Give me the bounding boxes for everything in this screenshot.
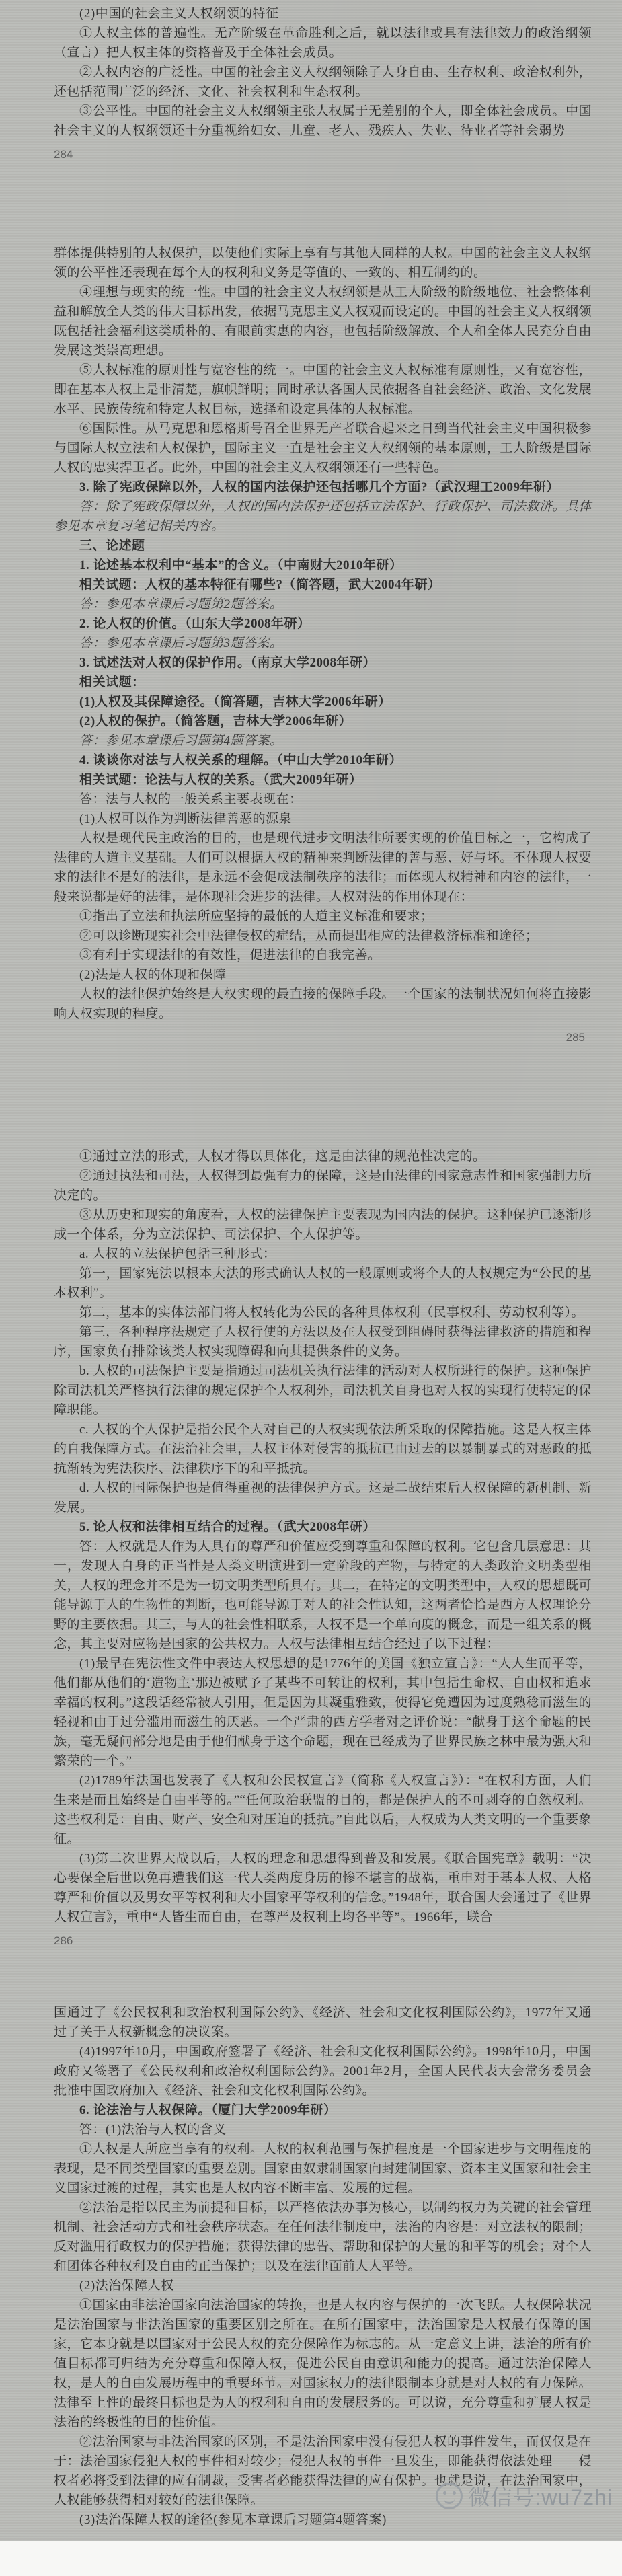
paragraph: ⑥国际性。从马克思和恩格斯号召全世界无产者联合起来之日到当代社会主义中国积极参与… [54, 419, 592, 478]
page-number: 285 [54, 1028, 592, 1047]
page-284-block: (2)中国的社会主义人权纲领的特征①人权主体的普遍性。无产阶级在革命胜利之后，就… [0, 4, 622, 164]
page-287-paragraphs: 国通过了《公民权利和政治权利国际公约》、《经济、社会和文化权利国际公约》，197… [54, 2003, 592, 2530]
paragraph: 答：参见本章课后习题第4题答案。 [54, 731, 592, 751]
paragraph: ①通过立法的形式，人权才得以具体化，这是由法律的规范性决定的。 [54, 1147, 592, 1166]
page-285-paragraphs: 群体提供特别的人权保护，以使他们实际上享有与其他人同样的人权。中国的社会主义人权… [54, 243, 592, 1024]
paragraph: 答：参见本章课后习题第3题答案。 [54, 634, 592, 653]
paragraph: ②法治是指以民主为前提和目标，以严格依法办事为核心，以制约权力为关键的社会管理机… [54, 2198, 592, 2276]
paragraph: d. 人权的国际保护也是值得重视的法律保护方式。这是二战结束后人权保障的新机制、… [54, 1478, 592, 1517]
paragraph: 3. 除了宪政保障以外，人权的国内法保护还包括哪几个方面?（武汉理工2009年研… [54, 478, 592, 497]
paragraph: (3)第二次世界大战以后，人权的理念和思想得到普及和发展。《联合国宪章》载明：“… [54, 1849, 592, 1927]
paragraph: ②人权内容的广泛性。中国的社会主义人权纲领除了人身自由、生存权利、政治权利外，还… [54, 63, 592, 102]
page-gap [0, 164, 622, 243]
paragraph: ①指出了立法和执法所应坚持的最低的人道主义标准和要求； [54, 907, 592, 926]
paragraph: b. 人权的司法保护主要是指通过司法机关执行法律的活动对人权所进行的保护。这种保… [54, 1361, 592, 1420]
paragraph: (2)法是人权的体现和保障 [54, 965, 592, 985]
paragraph: 群体提供特别的人权保护，以使他们实际上享有与其他人同样的人权。中国的社会主义人权… [54, 243, 592, 282]
footer-white-strip [0, 2541, 622, 2576]
paragraph: (2)人权的保护。（简答题，吉林大学2006年研） [54, 712, 592, 731]
watermark-text: 微信号:wu7zhi [468, 2480, 613, 2511]
paragraph: a. 人权的立法保护包括三种形式： [54, 1244, 592, 1264]
paragraph: ①人权主体的普遍性。无产阶级在革命胜利之后，就以法律或具有法律效力的政治纲领（宣… [54, 24, 592, 63]
paragraph: ③公平性。中国的社会主义人权纲领主张人权属于无差别的个人，即全体社会成员。中国社… [54, 102, 592, 141]
paragraph: 答：人权就是人作为人具有的尊严和价值应受到尊重和保障的权利。它包含几层意思：其一… [54, 1537, 592, 1654]
watermark: 微信号:wu7zhi [436, 2480, 613, 2511]
page-284-paragraphs: (2)中国的社会主义人权纲领的特征①人权主体的普遍性。无产阶级在革命胜利之后，就… [54, 4, 592, 141]
paragraph: 6. 论法治与人权保障。（厦门大学2009年研） [54, 2100, 592, 2120]
paragraph: 相关试题： [54, 673, 592, 692]
paragraph: (2)中国的社会主义人权纲领的特征 [54, 4, 592, 24]
paragraph: 第二，基本的实体法部门将人权转化为公民的各种具体权利（民事权利、劳动权利等）。 [54, 1303, 592, 1322]
paragraph: 答：(1)法治与人权的含义 [54, 2120, 592, 2139]
page-286-block: ①通过立法的形式，人权才得以具体化，这是由法律的规范性决定的。②通过执法和司法，… [0, 1147, 622, 1950]
paragraph: 第一，国家宪法以根本大法的形式确认人权的一般原则或将个人的人权规定为“公民的基本… [54, 1264, 592, 1303]
paragraph: 2. 论人权的价值。（山东大学2008年研） [54, 614, 592, 634]
wechat-icon [436, 2483, 463, 2509]
page-285-block: 群体提供特别的人权保护，以使他们实际上享有与其他人同样的人权。中国的社会主义人权… [0, 243, 622, 1047]
paragraph: (2)法治保障人权 [54, 2276, 592, 2296]
paragraph: 5. 论人权和法律相互结合的过程。（武大2008年研） [54, 1517, 592, 1537]
paragraph: (1)人权及其保障途径。（简答题，吉林大学2006年研） [54, 692, 592, 712]
paragraph: (4)1997年10月，中国政府签署了《经济、社会和文化权利国际公约》。1998… [54, 2042, 592, 2100]
paragraph: (1)人权可以作为判断法律善恶的源泉 [54, 809, 592, 829]
page-287-block: 国通过了《公民权利和政治权利国际公约》、《经济、社会和文化权利国际公约》，197… [0, 2003, 622, 2530]
paragraph: 人权的法律保护始终是人权实现的最直接的保障手段。一个国家的法制状况如何将直接影响… [54, 985, 592, 1024]
paragraph: 答：法与人权的一般关系主要表现在： [54, 790, 592, 809]
paragraph: 国通过了《公民权利和政治权利国际公约》、《经济、社会和文化权利国际公约》，197… [54, 2003, 592, 2042]
paragraph: ②可以诊断现实社会中法律侵权的症结，从而提出相应的法律救济标准和途径； [54, 926, 592, 946]
paragraph: (2)1789年法国也发表了《人权和公民权宣言》（简称《人权宣言》）：“在权利方… [54, 1771, 592, 1849]
paragraph: (1)最早在宪法性文件中表达人权思想的是1776年的美国《独立宣言》：“人人生而… [54, 1654, 592, 1771]
paragraph: ①国家由非法治国家向法治国家的转换，也是人权内容与保护的一次飞跃。人权保障状况是… [54, 2296, 592, 2432]
page-number: 286 [54, 1931, 592, 1950]
paragraph: ②通过执法和司法，人权得到最强有力的保障，这是由法律的国家意志性和国家强制力所决… [54, 1166, 592, 1205]
paragraph: 答：参见本章课后习题第2题答案。 [54, 595, 592, 614]
paragraph: 相关试题：论法与人权的关系。（武大2009年研） [54, 770, 592, 790]
paragraph: 人权是现代民主政治的目的，也是现代进步文明法律所要实现的价值目标之一，它构成了法… [54, 829, 592, 907]
paragraph: ⑤人权标准的原则性与宽容性的统一。中国的社会主义人权标准有原则性，又有宽容性，即… [54, 361, 592, 419]
scanned-book-page: (2)中国的社会主义人权纲领的特征①人权主体的普遍性。无产阶级在革命胜利之后，就… [0, 0, 622, 2576]
page-gap [0, 1047, 622, 1147]
paragraph: (3)法治保障人权的途径(参见本章课后习题第4题答案) [54, 2510, 592, 2530]
paragraph: 答：除了宪政保障以外，人权的国内法保护还包括立法保护、行政保护、司法救济。具体参… [54, 497, 592, 536]
paragraph: ③有利于实现法律的有效性，促进法律的自我完善。 [54, 946, 592, 965]
paragraph: 3. 试述法对人权的保护作用。（南京大学2008年研） [54, 653, 592, 673]
paragraph: ③从历史和现实的角度看，人权的法律保护主要表现为国内法的保护。这种保护已逐渐形成… [54, 1205, 592, 1244]
paragraph: 1. 论述基本权利中“基本”的含义。（中南财大2010年研） [54, 556, 592, 575]
paragraph: ①人权是人所应当享有的权利。人权的权利范围与保护程度是一个国家进步与文明程度的表… [54, 2139, 592, 2198]
paragraph: 三、论述题 [54, 536, 592, 556]
paragraph: ④理想与现实的统一性。中国的社会主义人权纲领是从工人阶级的阶级地位、社会整体利益… [54, 282, 592, 361]
paragraph: 第三，各种程序法规定了人权行使的方法以及在人权受到阻碍时获得法律救济的措施和程序… [54, 1322, 592, 1361]
page-number: 284 [54, 145, 592, 164]
page-gap [0, 1950, 622, 2003]
paragraph: c. 人权的个人保护是指公民个人对自己的人权实现依法所采取的保障措施。这是人权主… [54, 1420, 592, 1478]
paragraph: 4. 谈谈你对法与人权关系的理解。（中山大学2010年研） [54, 751, 592, 770]
page-286-paragraphs: ①通过立法的形式，人权才得以具体化，这是由法律的规范性决定的。②通过执法和司法，… [54, 1147, 592, 1927]
paragraph: 相关试题：人权的基本特征有哪些?（简答题，武大2004年研） [54, 575, 592, 595]
